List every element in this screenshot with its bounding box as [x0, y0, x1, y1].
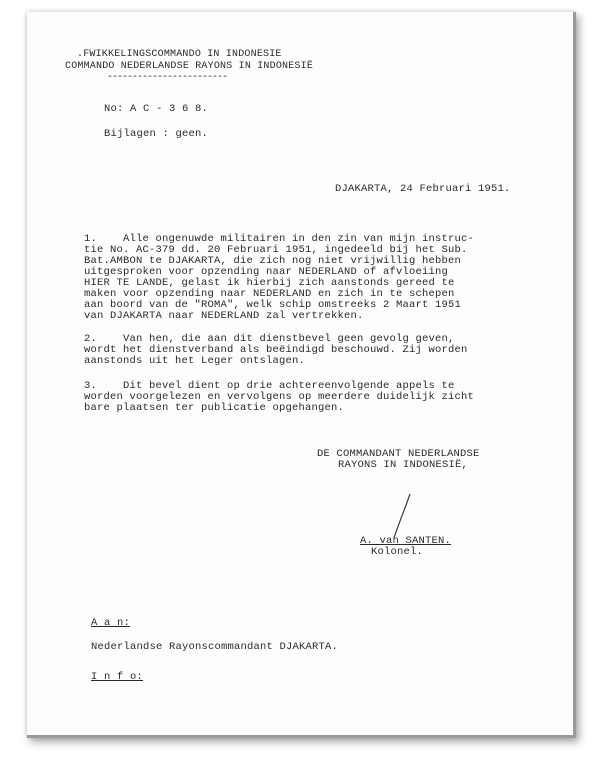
info-label: I n f o:: [91, 672, 143, 683]
header-line-1: .FWIKKELINGSCOMMANDO IN INDONESIE: [77, 49, 282, 60]
paragraph-line: van DJAKARTA naar NEDERLAND zal vertrekk…: [84, 311, 364, 322]
signatory-rank: Kolonel.: [371, 547, 423, 558]
document-page: .FWIKKELINGSCOMMANDO IN INDONESIE COMMAN…: [27, 12, 576, 738]
dateline: DJAKARTA, 24 Februari 1951.: [335, 184, 511, 195]
paragraph-line: aanstonds uit het Leger ontslagen.: [84, 356, 305, 367]
aan-label: A a n:: [91, 618, 130, 629]
reference-number: No: A C - 3 6 8.: [104, 104, 208, 115]
header-rule: ------------------------: [107, 72, 227, 83]
paragraph-line: bare plaatsen ter publicatie opgehangen.: [84, 403, 344, 414]
header-line-2: COMMANDO NEDERLANDSE RAYONS IN INDONESIË: [65, 61, 313, 72]
aan-recipient: Nederlandse Rayonscommandant DJAKARTA.: [91, 642, 338, 653]
signature-title-line-2: RAYONS IN INDONESIË,: [338, 460, 468, 471]
attachments: Bijlagen : geen.: [104, 129, 208, 140]
